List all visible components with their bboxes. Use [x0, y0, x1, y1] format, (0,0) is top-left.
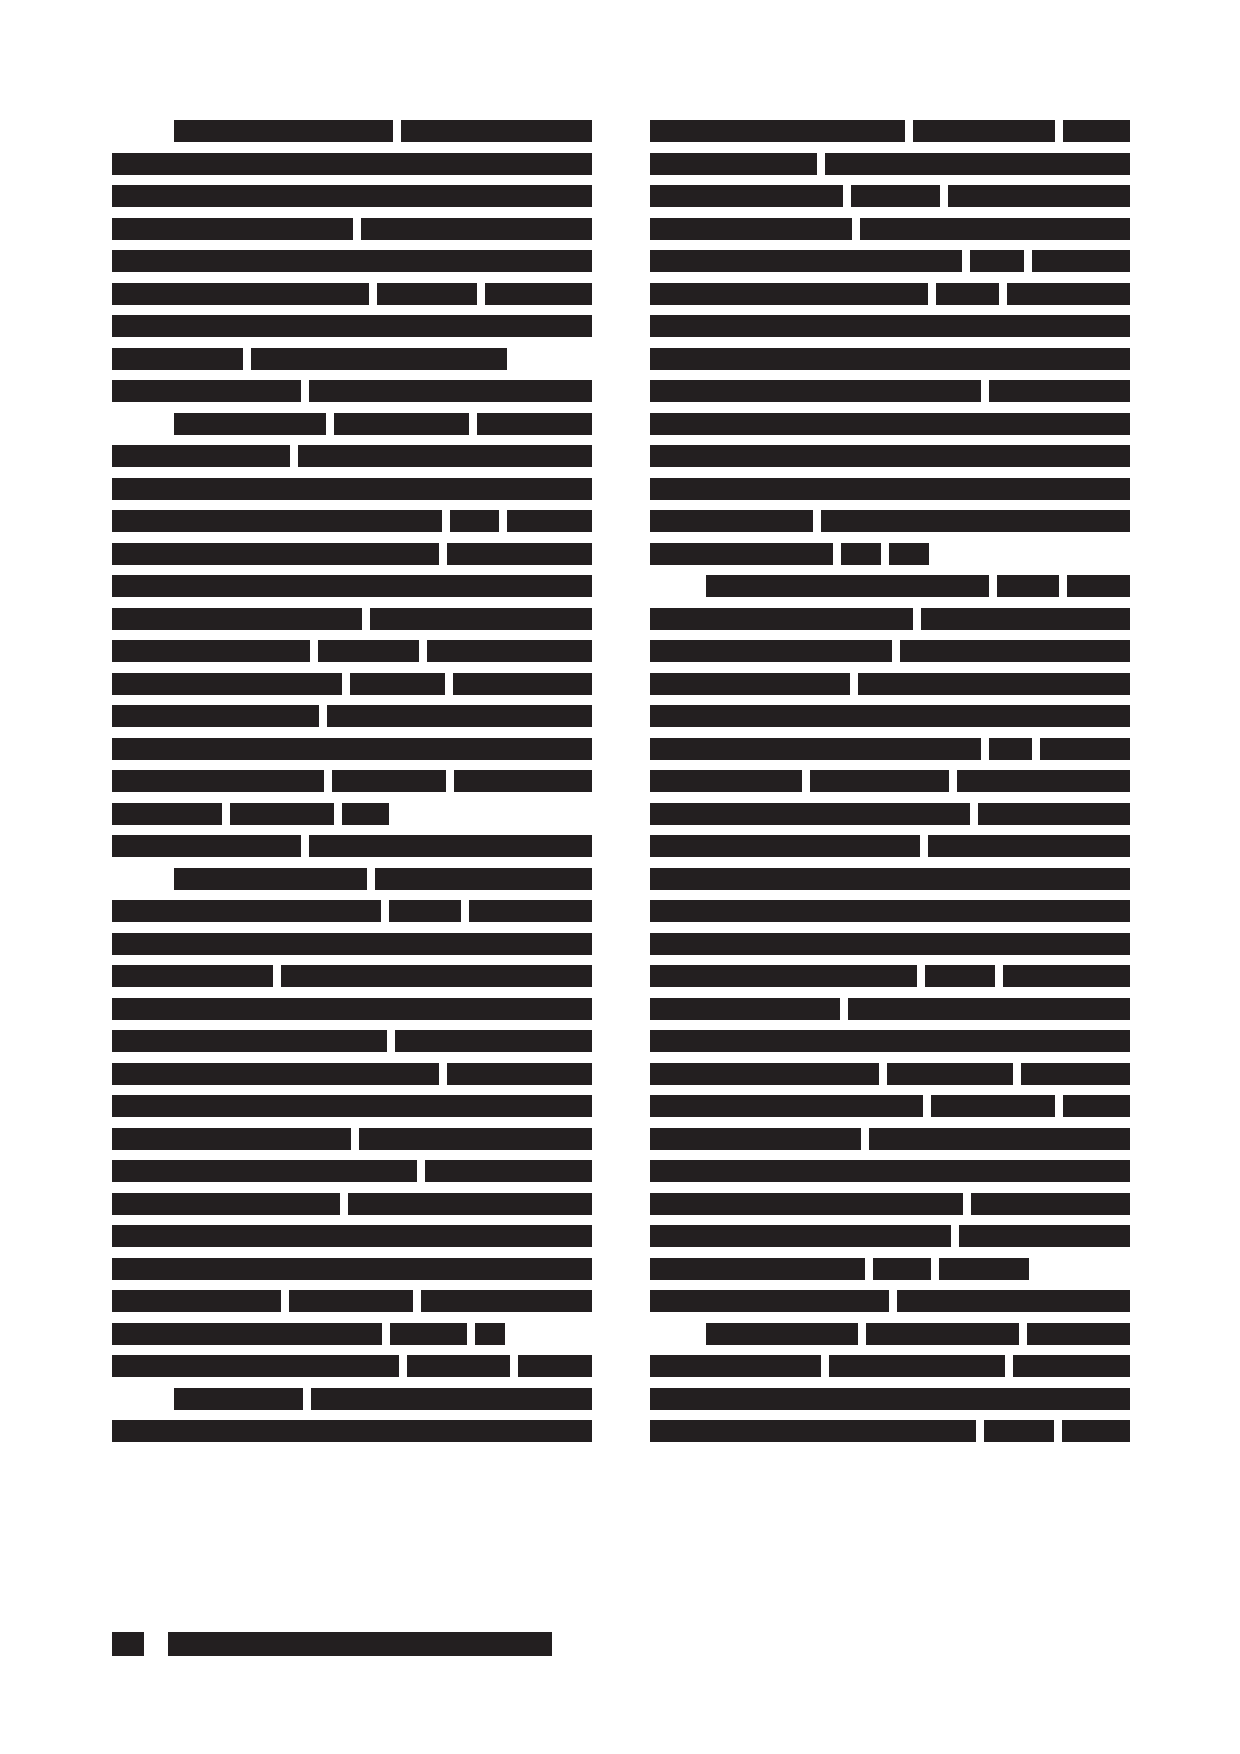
redacted-line: [112, 315, 592, 337]
redaction-bar: [841, 543, 881, 565]
redacted-line: [112, 900, 592, 922]
redacted-line: [112, 868, 592, 890]
redaction-bar: [407, 1355, 510, 1377]
redaction-bar: [936, 283, 999, 305]
redaction-bar: [706, 575, 989, 597]
redaction-bar: [650, 933, 1130, 955]
redacted-line: [650, 445, 1130, 467]
redacted-line: [112, 413, 592, 435]
redaction-bar: [948, 185, 1130, 207]
redaction-bar: [650, 543, 833, 565]
redaction-bar: [650, 738, 981, 760]
redaction-bar: [309, 380, 592, 402]
redaction-bar: [1003, 965, 1130, 987]
redaction-bar: [112, 673, 342, 695]
redaction-bar: [298, 445, 592, 467]
redaction-bar: [978, 803, 1130, 825]
redacted-line: [112, 1225, 592, 1247]
redaction-bar: [342, 803, 389, 825]
redaction-bar: [377, 283, 477, 305]
redacted-line: [112, 1388, 592, 1410]
redaction-bar: [450, 510, 499, 532]
redacted-running-footer: [168, 1632, 552, 1656]
redaction-bar: [401, 120, 592, 142]
redaction-bar: [650, 153, 817, 175]
redacted-line: [650, 510, 1130, 532]
redaction-bar: [332, 770, 446, 792]
redacted-line: [112, 445, 592, 467]
redaction-bar: [650, 315, 1130, 337]
redacted-line: [650, 1323, 1130, 1345]
redaction-bar: [112, 348, 243, 370]
redacted-line: [650, 185, 1130, 207]
redacted-line: [650, 283, 1130, 305]
redaction-bar: [921, 608, 1130, 630]
redacted-line: [650, 380, 1130, 402]
redaction-bar: [112, 315, 592, 337]
redaction-bar: [851, 185, 940, 207]
redaction-bar: [112, 705, 319, 727]
redacted-line: [650, 705, 1130, 727]
redacted-line: [650, 738, 1130, 760]
redaction-bar: [112, 738, 592, 760]
redaction-bar: [650, 835, 920, 857]
redaction-bar: [1021, 1063, 1130, 1085]
redacted-line: [112, 153, 592, 175]
redaction-bar: [112, 153, 592, 175]
redaction-bar: [650, 1355, 821, 1377]
redaction-bar: [251, 348, 507, 370]
redacted-line: [650, 835, 1130, 857]
redacted-page-number: [112, 1632, 144, 1656]
redaction-bar: [311, 1388, 592, 1410]
redaction-bar: [650, 413, 1130, 435]
redaction-bar: [447, 1063, 592, 1085]
redaction-bar: [650, 445, 1130, 467]
redaction-bar: [650, 770, 802, 792]
redaction-bar: [970, 250, 1024, 272]
redaction-bar: [174, 868, 367, 890]
redacted-line: [112, 1128, 592, 1150]
redaction-bar: [650, 380, 981, 402]
redacted-line: [112, 933, 592, 955]
redaction-bar: [650, 608, 913, 630]
redaction-bar: [650, 1193, 963, 1215]
redaction-bar: [389, 900, 461, 922]
redaction-bar: [475, 1323, 505, 1345]
redaction-bar: [1027, 1323, 1130, 1345]
redaction-bar: [112, 445, 290, 467]
redaction-bar: [112, 478, 592, 500]
redaction-bar: [997, 575, 1059, 597]
redacted-line: [112, 1193, 592, 1215]
redacted-line: [650, 1063, 1130, 1085]
redaction-bar: [866, 1323, 1019, 1345]
redacted-line: [650, 1388, 1130, 1410]
redaction-bar: [860, 218, 1130, 240]
redacted-line: [650, 478, 1130, 500]
redacted-line: [650, 673, 1130, 695]
redacted-line: [650, 315, 1130, 337]
redacted-line: [650, 900, 1130, 922]
redacted-line: [650, 575, 1130, 597]
redaction-bar: [348, 1193, 592, 1215]
redaction-bar: [370, 608, 592, 630]
redaction-bar: [230, 803, 334, 825]
redacted-line: [650, 608, 1130, 630]
redaction-bar: [650, 283, 928, 305]
redaction-bar: [112, 608, 362, 630]
redaction-bar: [112, 1258, 592, 1280]
redacted-line: [112, 283, 592, 305]
redacted-line: [650, 1355, 1130, 1377]
redaction-bar: [507, 510, 592, 532]
redaction-bar: [1032, 250, 1130, 272]
redacted-line: [112, 510, 592, 532]
redaction-bar: [650, 705, 1130, 727]
redaction-bar: [650, 640, 892, 662]
redaction-bar: [421, 1290, 592, 1312]
redaction-bar: [309, 835, 592, 857]
redaction-bar: [112, 218, 353, 240]
redacted-line: [112, 348, 592, 370]
redaction-bar: [425, 1160, 592, 1182]
redaction-bar: [858, 673, 1130, 695]
redacted-line: [650, 250, 1130, 272]
redacted-line: [112, 575, 592, 597]
redaction-bar: [650, 1030, 1130, 1052]
redaction-bar: [112, 1225, 592, 1247]
redaction-bar: [318, 640, 419, 662]
redaction-bar: [112, 1290, 281, 1312]
redaction-bar: [650, 478, 1130, 500]
redaction-bar: [477, 413, 592, 435]
redaction-bar: [112, 1128, 351, 1150]
redacted-line: [650, 120, 1130, 142]
redaction-bar: [112, 900, 381, 922]
redaction-bar: [887, 1063, 1013, 1085]
redaction-bar: [925, 965, 995, 987]
redaction-bar: [518, 1355, 592, 1377]
redacted-line: [650, 933, 1130, 955]
redacted-line: [112, 640, 592, 662]
redaction-bar: [706, 1323, 858, 1345]
redaction-bar: [1063, 120, 1130, 142]
redacted-line: [112, 965, 592, 987]
redaction-bar: [112, 380, 301, 402]
redacted-line: [112, 1095, 592, 1117]
redacted-line: [112, 673, 592, 695]
redaction-bar: [112, 1160, 417, 1182]
redaction-bar: [1067, 575, 1130, 597]
redaction-bar: [825, 153, 1130, 175]
redaction-bar: [989, 380, 1130, 402]
redaction-bar: [810, 770, 949, 792]
redacted-line: [112, 1030, 592, 1052]
redaction-bar: [375, 868, 592, 890]
redacted-line: [112, 1290, 592, 1312]
redaction-bar: [959, 1225, 1130, 1247]
redacted-line: [650, 543, 1130, 565]
redaction-bar: [112, 803, 222, 825]
redaction-bar: [112, 770, 324, 792]
redaction-bar: [112, 835, 301, 857]
redaction-bar: [650, 868, 1130, 890]
redacted-line: [112, 770, 592, 792]
redacted-line: [112, 1160, 592, 1182]
redaction-bar: [650, 1388, 1130, 1410]
redaction-bar: [112, 250, 592, 272]
redacted-line: [112, 120, 592, 142]
redaction-bar: [174, 1388, 303, 1410]
redacted-line: [112, 608, 592, 630]
redaction-bar: [395, 1030, 592, 1052]
redaction-bar: [650, 185, 843, 207]
redaction-bar: [1040, 738, 1130, 760]
redacted-line: [650, 965, 1130, 987]
redaction-bar: [650, 218, 852, 240]
redaction-bar: [327, 705, 592, 727]
redaction-bar: [112, 575, 592, 597]
redaction-bar: [1062, 1420, 1130, 1442]
redaction-bar: [650, 1128, 861, 1150]
redaction-bar: [829, 1355, 1005, 1377]
redaction-bar: [359, 1128, 592, 1150]
redaction-bar: [900, 640, 1130, 662]
redaction-bar: [112, 543, 439, 565]
redaction-bar: [390, 1323, 467, 1345]
redacted-line: [650, 1290, 1130, 1312]
redaction-bar: [361, 218, 592, 240]
redaction-bar: [650, 250, 962, 272]
redaction-bar: [174, 120, 393, 142]
redacted-line: [650, 640, 1130, 662]
left-column: [112, 120, 592, 1453]
redacted-line: [112, 738, 592, 760]
redaction-bar: [1013, 1355, 1130, 1377]
redaction-bar: [989, 738, 1032, 760]
redacted-line: [112, 250, 592, 272]
redacted-line: [112, 1258, 592, 1280]
redaction-bar: [112, 640, 310, 662]
redacted-line: [650, 1160, 1130, 1182]
redaction-bar: [650, 120, 905, 142]
redaction-bar: [112, 1095, 592, 1117]
redaction-bar: [1007, 283, 1130, 305]
redaction-bar: [650, 998, 840, 1020]
redaction-bar: [112, 185, 592, 207]
redaction-bar: [289, 1290, 413, 1312]
redaction-bar: [848, 998, 1130, 1020]
redaction-bar: [928, 835, 1130, 857]
redaction-bar: [650, 1420, 976, 1442]
redaction-bar: [112, 1420, 592, 1442]
redaction-bar: [469, 900, 592, 922]
redaction-bar: [869, 1128, 1130, 1150]
redacted-line: [112, 1355, 592, 1377]
redaction-bar: [453, 673, 592, 695]
redacted-line: [650, 1420, 1130, 1442]
redacted-line: [112, 218, 592, 240]
redaction-bar: [350, 673, 445, 695]
redacted-line: [650, 348, 1130, 370]
redacted-line: [112, 185, 592, 207]
redaction-bar: [112, 510, 442, 532]
redacted-line: [112, 835, 592, 857]
redacted-line: [650, 1258, 1130, 1280]
redaction-bar: [913, 120, 1055, 142]
redacted-line: [650, 803, 1130, 825]
redaction-bar: [897, 1290, 1130, 1312]
redaction-bar: [454, 770, 592, 792]
redacted-line: [112, 1420, 592, 1442]
redaction-bar: [650, 965, 917, 987]
redaction-bar: [112, 1063, 439, 1085]
redaction-bar: [650, 673, 850, 695]
redaction-bar: [112, 1323, 382, 1345]
redacted-line: [112, 478, 592, 500]
redaction-bar: [112, 998, 592, 1020]
redaction-bar: [112, 1355, 399, 1377]
redaction-bar: [174, 413, 326, 435]
redacted-line: [112, 705, 592, 727]
redaction-bar: [281, 965, 592, 987]
redacted-line: [650, 1030, 1130, 1052]
redaction-bar: [931, 1095, 1055, 1117]
redacted-line: [112, 998, 592, 1020]
redaction-bar: [650, 900, 1130, 922]
redaction-bar: [971, 1193, 1130, 1215]
redaction-bar: [447, 543, 592, 565]
redaction-bar: [650, 1225, 951, 1247]
redaction-bar: [112, 933, 592, 955]
redaction-bar: [650, 510, 813, 532]
redacted-line: [112, 803, 592, 825]
redaction-bar: [650, 1095, 923, 1117]
redacted-line: [650, 413, 1130, 435]
redacted-line: [112, 543, 592, 565]
redacted-line: [650, 1128, 1130, 1150]
redacted-line: [650, 1225, 1130, 1247]
redacted-line: [650, 218, 1130, 240]
redaction-bar: [650, 1063, 879, 1085]
redaction-bar: [650, 1258, 865, 1280]
redacted-line: [112, 1323, 592, 1345]
redaction-bar: [112, 965, 273, 987]
redaction-bar: [112, 1030, 387, 1052]
redacted-line: [650, 153, 1130, 175]
redaction-bar: [1063, 1095, 1130, 1117]
redacted-line: [650, 1095, 1130, 1117]
redaction-bar: [650, 1290, 889, 1312]
redaction-bar: [821, 510, 1130, 532]
redacted-line: [112, 380, 592, 402]
redaction-bar: [650, 348, 1130, 370]
redaction-bar: [427, 640, 592, 662]
redaction-bar: [650, 1160, 1130, 1182]
redacted-line: [650, 1193, 1130, 1215]
redaction-bar: [873, 1258, 931, 1280]
redaction-bar: [889, 543, 929, 565]
redaction-bar: [957, 770, 1130, 792]
right-column: [650, 120, 1130, 1453]
redaction-bar: [485, 283, 592, 305]
redaction-bar: [112, 1193, 340, 1215]
redaction-bar: [112, 283, 369, 305]
redaction-bar: [334, 413, 469, 435]
redaction-bar: [650, 803, 970, 825]
redaction-bar: [939, 1258, 1029, 1280]
redaction-bar: [984, 1420, 1054, 1442]
redacted-line: [650, 998, 1130, 1020]
redacted-line: [650, 770, 1130, 792]
redacted-line: [112, 1063, 592, 1085]
redacted-line: [650, 868, 1130, 890]
